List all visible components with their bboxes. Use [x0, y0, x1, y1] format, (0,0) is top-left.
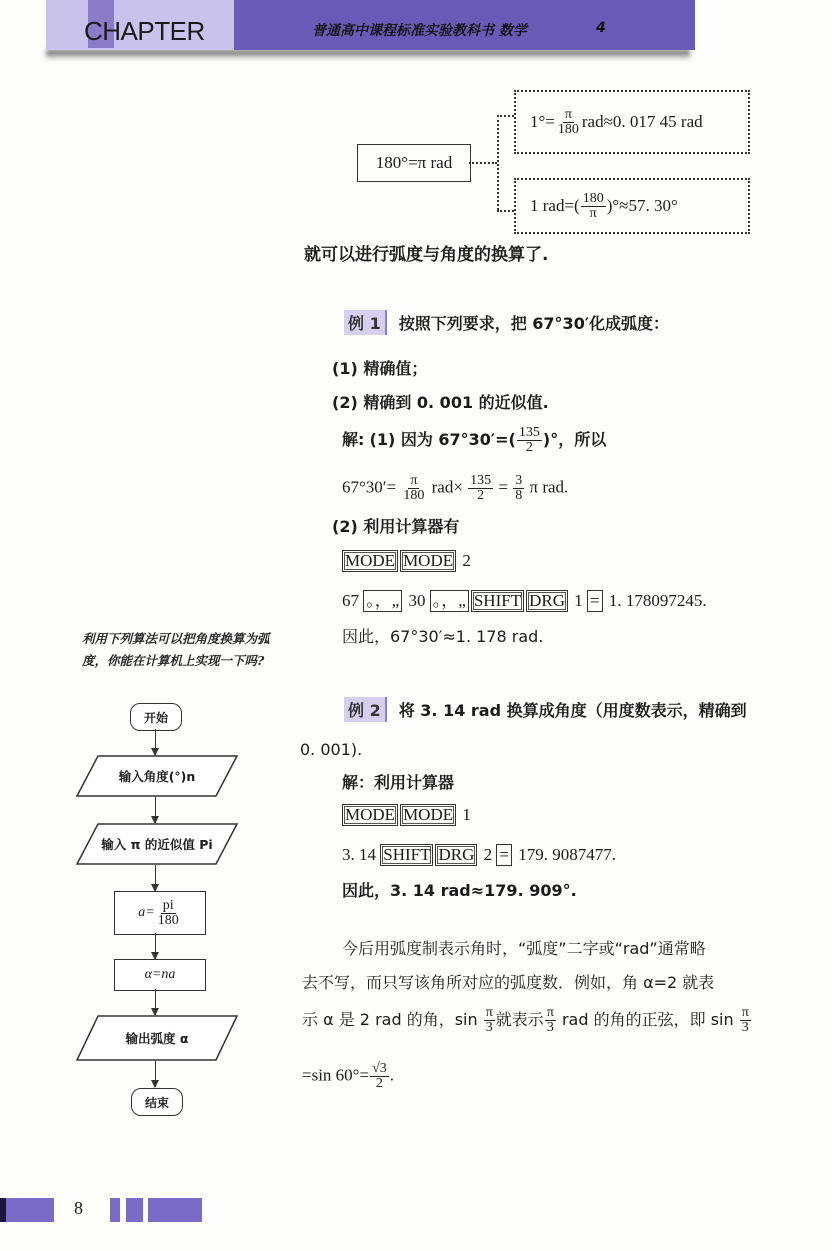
- flowchart-end: 结束: [131, 1088, 183, 1116]
- denominator: 2: [475, 489, 486, 503]
- flowchart-input-angle: 输入角度(°)n: [76, 755, 238, 797]
- calculator-key-equals: =: [587, 590, 603, 612]
- closing-line-3: 示 α 是 2 rad 的角，sin π3就表示π3 rad 的角的正弦，即 s…: [302, 1006, 752, 1035]
- connector-line: [497, 210, 514, 212]
- footer-bar: [126, 1198, 143, 1222]
- fraction: π180: [401, 474, 426, 503]
- intro-sentence: 就可以进行弧度与角度的换算了.: [304, 240, 548, 265]
- rad-to-degree-box: 1 rad=( 180π )°≈57. 30°: [514, 178, 750, 234]
- equation-text: =: [498, 477, 508, 496]
- fraction: π3: [740, 1006, 751, 1035]
- header-shadow: [46, 50, 690, 60]
- flowchart-output: 输出弧度 α: [76, 1015, 238, 1061]
- flowchart-arrow: [155, 729, 156, 755]
- numerator: 135: [517, 426, 542, 441]
- book-title: 普通高中课程标准实验教科书 数学: [312, 20, 527, 40]
- solution-text: )°，所以: [543, 430, 606, 449]
- example2-keys-line-2: 3. 14 SHIFTDRG 2 = 179. 9087477.: [342, 844, 616, 866]
- example1-equation: 67°30′= π180 rad× 1352 = 38 π rad.: [342, 474, 568, 503]
- example1-tag: 例 1: [344, 310, 387, 335]
- example1-solution-2: (2) 利用计算器有: [332, 514, 459, 537]
- denominator: 2: [524, 441, 535, 455]
- calculator-key-mode: MODE: [400, 550, 456, 572]
- example2-prompt: 将 3. 14 rad 换算成角度（用度数表示，精确到: [399, 701, 747, 720]
- calculator-result: 1. 178097245.: [609, 591, 707, 610]
- formula-text: rad≈0. 017 45 rad: [582, 112, 703, 132]
- flowchart-caption: 利用下列算法可以把角度换算为弧度，你能在计算机上实现一下吗?: [82, 628, 282, 672]
- denominator: 3: [740, 1021, 751, 1035]
- example1-item-1: (1) 精确值；: [332, 356, 427, 379]
- example1-item-2: (2) 精确到 0. 001 的近似值.: [332, 390, 549, 413]
- fraction: π3: [484, 1006, 495, 1035]
- formula-text: 1 rad=(: [530, 196, 580, 216]
- conversion-main-box: 180°=π rad: [357, 144, 471, 182]
- denominator: 8: [513, 489, 524, 503]
- numerator: 135: [468, 474, 493, 489]
- numerator: π: [740, 1006, 751, 1021]
- example1-keys-line-2: 67 。，„ 30 。，„SHIFTDRG 1 = 1. 178097245.: [342, 590, 707, 612]
- key-digit: 2: [484, 845, 493, 864]
- fraction: 1352: [517, 426, 542, 455]
- flowchart-arrow: [155, 933, 156, 959]
- fraction: pi180: [156, 899, 181, 928]
- flowchart-arrow: [155, 1061, 156, 1087]
- flowchart-input-pi-label: 输入 π 的近似值 Pi: [101, 835, 212, 853]
- denominator: 180: [401, 489, 426, 503]
- numerator: 180: [581, 192, 606, 207]
- calculator-key-dms: 。，„: [430, 590, 469, 612]
- calculator-key-shift: SHIFT: [471, 590, 524, 612]
- calculator-key-dms: 。，„: [363, 590, 402, 612]
- key-digit: 1: [574, 591, 583, 610]
- paragraph-text: 示 α 是 2 rad 的角，sin: [302, 1010, 483, 1029]
- equation-text: π rad.: [530, 477, 569, 496]
- numerator: 3: [513, 474, 524, 489]
- page-number: 8: [74, 1198, 83, 1219]
- paragraph-text: .: [390, 1065, 394, 1084]
- flowchart-end-label: 结束: [145, 1094, 169, 1111]
- example2-keys-line-1: MODEMODE 1: [342, 804, 471, 826]
- denominator: 180: [556, 123, 581, 137]
- book-volume: 4: [596, 20, 606, 36]
- numerator: √3: [370, 1062, 389, 1077]
- flowchart-start-label: 开始: [144, 709, 168, 726]
- example2-prompt-cont: 0. 001).: [300, 740, 362, 759]
- denominator: 180: [156, 914, 181, 928]
- denominator: 3: [484, 1021, 495, 1035]
- formula-text: )°≈57. 30°: [607, 196, 678, 216]
- paragraph-text: rad 的角的正弦，即 sin: [557, 1010, 739, 1029]
- key-digit: 30: [409, 591, 426, 610]
- flowchart-arrow: [155, 865, 156, 891]
- example1-conclusion: 因此，67°30′≈1. 178 rad.: [342, 624, 543, 647]
- example1-keys-line-1: MODEMODE 2: [342, 550, 471, 572]
- connector-line: [497, 115, 514, 117]
- fraction: π180: [556, 108, 581, 137]
- calculator-key-mode: MODE: [342, 804, 398, 826]
- key-digit: 67: [342, 591, 359, 610]
- flowchart-start: 开始: [130, 703, 182, 731]
- footer-bar: [110, 1198, 120, 1222]
- calculator-key-mode: MODE: [400, 804, 456, 826]
- flowchart-arrow: [155, 797, 156, 823]
- formula-text: a=: [138, 905, 154, 921]
- calculator-key-drg: DRG: [526, 590, 568, 612]
- fraction: 180π: [581, 192, 606, 221]
- fraction: √32: [370, 1062, 389, 1091]
- connector-line: [469, 162, 497, 164]
- denominator: 2: [374, 1077, 385, 1091]
- calculator-key-mode: MODE: [342, 550, 398, 572]
- example2-tag: 例 2: [344, 697, 387, 722]
- flowchart-compute-alpha-label: α=na: [145, 967, 176, 983]
- conversion-main-text: 180°=π rad: [376, 153, 452, 173]
- closing-line-2: 去不写，而只写该角所对应的弧度数．例如，角 α=2 就表: [302, 970, 714, 993]
- equation-text: 67°30′=: [342, 477, 396, 496]
- flowchart-compute-alpha: α=na: [114, 959, 206, 991]
- example1-prompt: 按照下列要求，把 67°30′化成弧度：: [399, 314, 669, 333]
- flowchart-output-label: 输出弧度 α: [126, 1029, 189, 1047]
- numerator: π: [408, 474, 419, 489]
- example1-solution-1: 解: (1) 因为 67°30′=(1352)°，所以: [342, 426, 606, 455]
- example1-heading: 例 1按照下列要求，把 67°30′化成弧度：: [344, 310, 669, 335]
- closing-line-4: =sin 60°=√32.: [302, 1062, 394, 1091]
- solution-label: 解:: [342, 430, 364, 449]
- flowchart-arrow: [155, 989, 156, 1015]
- formula-text: 1°=: [530, 112, 555, 132]
- example2-conclusion: 因此，3. 14 rad≈179. 909°.: [342, 878, 577, 901]
- paragraph-text: 就表示: [496, 1010, 544, 1029]
- degree-to-rad-box: 1°= π180 rad≈0. 017 45 rad: [514, 90, 750, 154]
- denominator: π: [588, 207, 599, 221]
- numerator: π: [484, 1006, 495, 1021]
- example2-solution: 解：利用计算器: [342, 770, 454, 793]
- calculator-key-shift: SHIFT: [380, 844, 433, 866]
- calculator-key-drg: DRG: [435, 844, 477, 866]
- flowchart-input-angle-label: 输入角度(°)n: [119, 767, 196, 785]
- chapter-label: CHAPTER: [84, 16, 205, 47]
- numerator: π: [563, 108, 574, 123]
- footer-bar: [148, 1198, 202, 1222]
- key-digit: 3. 14: [342, 845, 376, 864]
- key-digit: 1: [462, 805, 471, 824]
- example2-heading: 例 2将 3. 14 rad 换算成角度（用度数表示，精确到: [344, 697, 747, 722]
- solution-text: (1) 因为 67°30′=(: [370, 430, 516, 449]
- connector-line: [497, 115, 499, 210]
- key-digit: 2: [462, 551, 471, 570]
- numerator: pi: [161, 899, 176, 914]
- paragraph-text: =sin 60°=: [302, 1065, 369, 1084]
- flowchart-compute-a: a= pi180: [114, 891, 206, 935]
- fraction: 1352: [468, 474, 493, 503]
- flowchart-input-pi: 输入 π 的近似值 Pi: [76, 823, 238, 865]
- closing-line-1: 今后用弧度制表示角时，“弧度”二字或“rad”通常略: [342, 936, 706, 959]
- denominator: 3: [545, 1021, 556, 1035]
- equation-text: rad×: [432, 477, 463, 496]
- fraction: π3: [545, 1006, 556, 1035]
- numerator: π: [545, 1006, 556, 1021]
- footer-bar: [6, 1198, 54, 1222]
- fraction: 38: [513, 474, 524, 503]
- calculator-key-equals: =: [496, 844, 512, 866]
- calculator-result: 179. 9087477.: [518, 845, 616, 864]
